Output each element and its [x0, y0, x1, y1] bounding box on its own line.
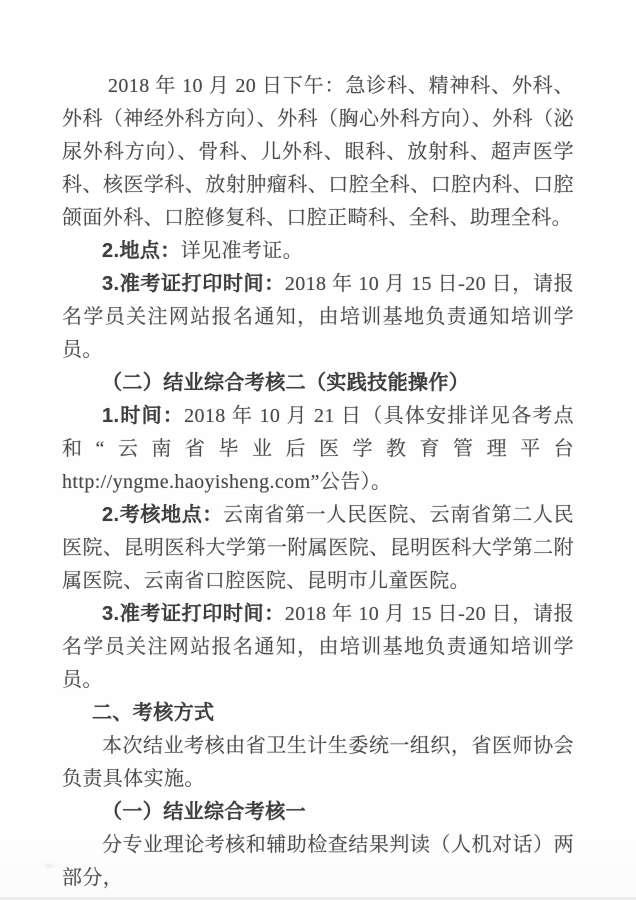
paragraph: 3.准考证打印时间：2018 年 10 月 15 日-20 日，请报名学员关注网… [62, 598, 574, 697]
paragraph-label: 2.地点： [102, 240, 181, 262]
paragraph: 分专业理论考核和辅助检查结果判读（人机对话）两部分， [62, 829, 574, 895]
section-heading: 二、考核方式 [62, 697, 574, 730]
paragraph: 本次结业考核由省卫生计生委统一组织，省医师协会负责具体实施。 [62, 730, 574, 796]
paragraph-label: 3.准考证打印时间： [102, 273, 285, 295]
paragraph: 2.考核地点：云南省第一人民医院、云南省第二人民医院、昆明医科大学第一附属医院、… [62, 499, 574, 598]
paragraph-label: 2.考核地点： [102, 504, 223, 526]
paragraph: 2.地点：详见准考证。 [62, 235, 574, 268]
paragraph: 2018 年 10 月 20 日下午：急诊科、精神科、外科、外科（神经外科方向）… [62, 70, 574, 235]
document-body: 2018 年 10 月 20 日下午：急诊科、精神科、外科、外科（神经外科方向）… [62, 70, 574, 895]
paragraph: 3.准考证打印时间：2018 年 10 月 15 日-20 日，请报名学员关注网… [62, 268, 574, 367]
scanned-document-page: 2018 年 10 月 20 日下午：急诊科、精神科、外科、外科（神经外科方向）… [0, 0, 636, 900]
paragraph-label: 1.时间： [102, 405, 184, 427]
paragraph: 1.时间：2018 年 10 月 21 日（具体安排详见各考点和“云南省毕业后医… [62, 400, 574, 499]
paragraph-label: 3.准考证打印时间： [102, 603, 285, 625]
section-heading: （二）结业综合考核二（实践技能操作） [62, 367, 574, 400]
section-heading: （一）结业综合考核一 [62, 796, 574, 829]
